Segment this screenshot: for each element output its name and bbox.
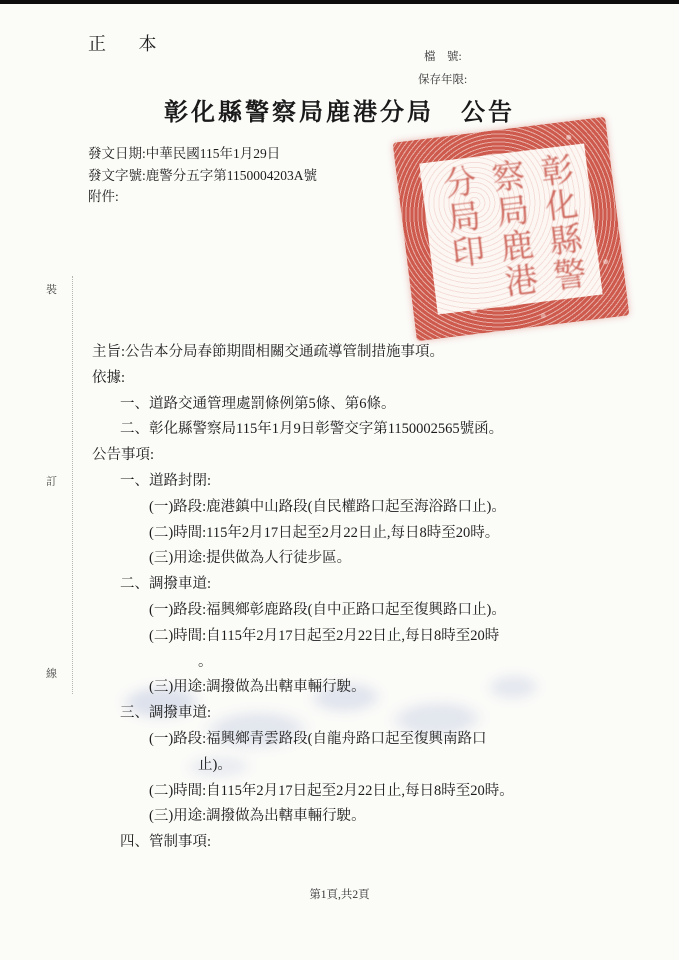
- attachment-line: 附件:: [88, 186, 317, 208]
- body-line-item3-time: (二)時間:自115年2月17日起至2月22日止,每日8時至20時。: [92, 779, 640, 805]
- body-line-item3-road: (一)路段:福興鄉青雲路段(自龍舟路口起至復興南路口: [92, 727, 640, 753]
- binding-mark-xian: 線: [46, 665, 57, 681]
- body-line-basis-2: 二、彰化縣警察局115年1月9日彰警交字第1150002565號函。: [92, 417, 640, 443]
- body-line-item3-road-wrap: 止)。: [92, 753, 640, 779]
- doc-number-line: 發文字號:鹿警分五字第1150004203A號: [88, 165, 317, 187]
- page-number-footer: 第1頁,共2頁: [0, 886, 679, 902]
- scan-edge-artifact: [0, 0, 679, 4]
- document-meta: 發文日期:中華民國115年1月29日 發文字號:鹿警分五字第1150004203…: [88, 143, 317, 208]
- body-line-matters-heading: 公告事項:: [92, 443, 640, 469]
- body-line-item3-use: (三)用途:調撥做為出轄車輛行駛。: [92, 804, 640, 830]
- file-number-label: 檔 號:: [424, 48, 462, 64]
- body-line-item2-time: (二)時間:自115年2月17日起至2月22日止,每日8時至20時: [92, 624, 640, 650]
- binding-mark-ding: 訂: [46, 473, 57, 489]
- body-line-item2-time-wrap: 。: [92, 650, 640, 676]
- seal-script-text: 彰化縣警 察局鹿港 分局印: [430, 151, 593, 308]
- binding-mark-zhuang: 裝: [46, 281, 57, 297]
- official-red-seal-stamp: 彰化縣警 察局鹿港 分局印: [393, 117, 630, 342]
- body-line-basis-1: 一、道路交通管理處罰條例第5條、第6條。: [92, 392, 640, 418]
- scanned-official-announcement: 正 本 檔 號: 保存年限: 彰化縣警察局鹿港分局 公告 發文日期:中華民國11…: [0, 0, 679, 960]
- body-line-item2-road: (一)路段:福興鄉彰鹿路段(自中正路口起至復興路口止)。: [92, 598, 640, 624]
- binding-dotted-line: [72, 276, 73, 694]
- body-line-item4-heading: 四、管制事項:: [92, 830, 640, 856]
- body-line-item2-use: (三)用途:調撥做為出轄車輛行駛。: [92, 675, 640, 701]
- announcement-body: 主旨:公告本分局春節期間相關交通疏導管制措施事項。 依據: 一、道路交通管理處罰…: [92, 340, 640, 856]
- body-line-item1-heading: 一、道路封閉:: [92, 469, 640, 495]
- body-line-item3-heading: 三、調撥車道:: [92, 701, 640, 727]
- seal-inner-face: 彰化縣警 察局鹿港 分局印: [419, 143, 602, 314]
- body-line-item2-heading: 二、調撥車道:: [92, 572, 640, 598]
- body-line-item1-road: (一)路段:鹿港鎮中山路段(自民權路口起至海浴路口止)。: [92, 495, 640, 521]
- body-line-item1-time: (二)時間:115年2月17日起至2月22日止,每日8時至20時。: [92, 521, 640, 547]
- body-line-item1-use: (三)用途:提供做為人行徒步區。: [92, 546, 640, 572]
- copy-type-label: 正 本: [88, 30, 171, 56]
- body-line-subject: 主旨:公告本分局春節期間相關交通疏導管制措施事項。: [92, 340, 640, 366]
- retention-period-label: 保存年限:: [418, 71, 467, 87]
- issue-date-line: 發文日期:中華民國115年1月29日: [88, 143, 317, 165]
- body-line-basis-heading: 依據:: [92, 366, 640, 392]
